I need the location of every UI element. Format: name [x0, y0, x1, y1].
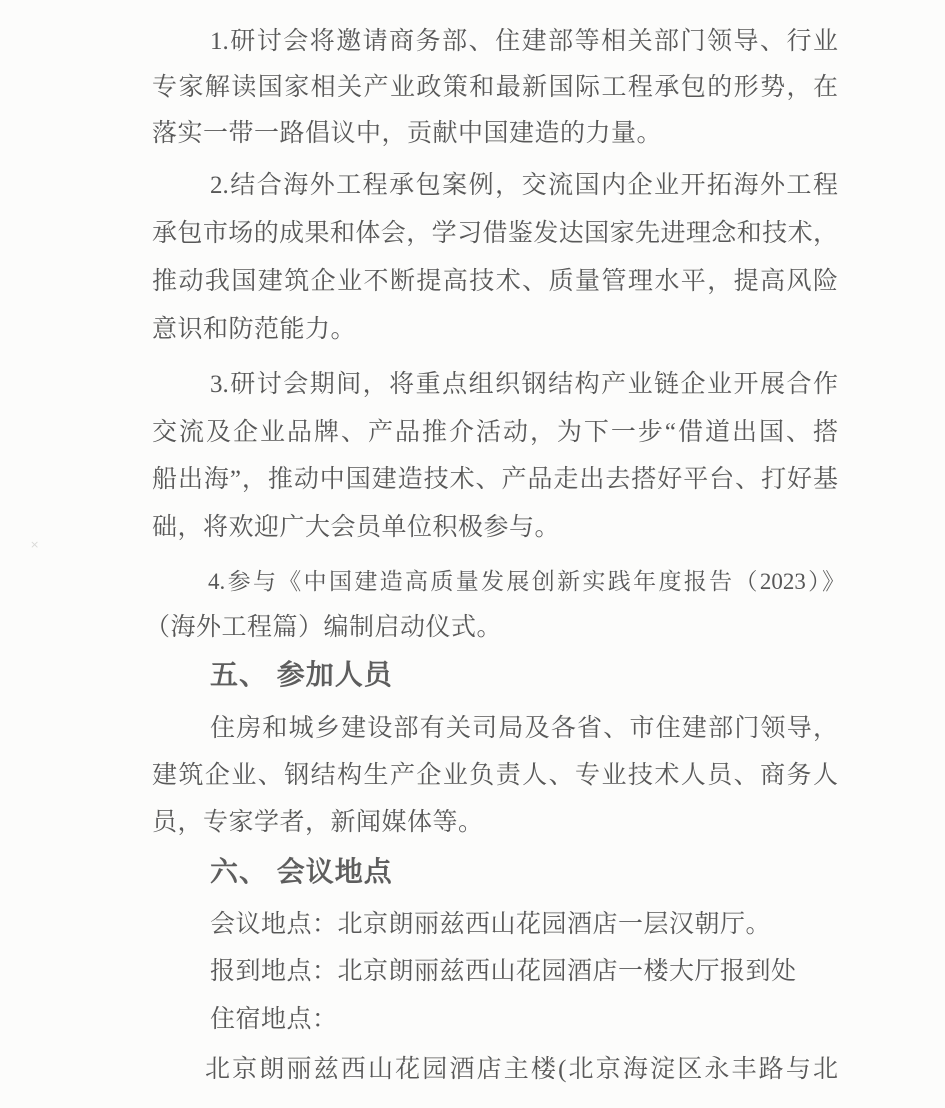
- doc-line: 落实一带一路倡议中，贡献中国建造的力量。: [152, 118, 662, 150]
- doc-line: 报到地点：北京朗丽兹西山花园酒店一楼大厅报到处: [210, 956, 797, 988]
- doc-line: 1.研讨会将邀请商务部、住建部等相关部门领导、行业: [210, 26, 838, 58]
- doc-line: 2.结合海外工程承包案例，交流国内企业开拓海外工程: [210, 170, 838, 202]
- scan-artifact-speck: ×: [30, 540, 42, 549]
- section-heading-venue: 六、 会议地点: [210, 856, 393, 888]
- doc-line: 船出海”，推动中国建造技术、产品走出去搭好平台、打好基: [152, 464, 838, 496]
- doc-line: 推动我国建筑企业不断提高技术、质量管理水平，提高风险: [152, 266, 838, 298]
- scanned-document-page: 1.研讨会将邀请商务部、住建部等相关部门领导、行业 专家解读国家相关产业政策和最…: [0, 0, 945, 1108]
- doc-line: 意识和防范能力。: [152, 314, 356, 346]
- doc-line: 4.参与《中国建造高质量发展创新实践年度报告（2023）》: [208, 566, 845, 598]
- doc-line: 住房和城乡建设部有关司局及各省、市住建部门领导，: [210, 713, 838, 745]
- section-heading-participants: 五、 参加人员: [210, 659, 393, 691]
- doc-line: 3.研讨会期间，将重点组织钢结构产业链企业开展合作: [210, 369, 838, 401]
- doc-line: （海外工程篇）编制启动仪式。: [145, 612, 502, 644]
- doc-line: 北京朗丽兹西山花园酒店主楼(北京海淀区永丰路与北: [205, 1054, 838, 1086]
- doc-line: 住宿地点：: [210, 1004, 338, 1036]
- doc-line: 专家解读国家相关产业政策和最新国际工程承包的形势，在: [152, 72, 838, 104]
- doc-line: 会议地点：北京朗丽兹西山花园酒店一层汉朝厅。: [210, 909, 771, 941]
- doc-line: 员，专家学者，新闻媒体等。: [152, 807, 484, 839]
- doc-line: 承包市场的成果和体会，学习借鉴发达国家先进理念和技术，: [152, 218, 838, 250]
- doc-line: 础，将欢迎广大会员单位积极参与。: [152, 512, 560, 544]
- doc-line: 交流及企业品牌、产品推介活动，为下一步“借道出国、搭: [152, 417, 838, 449]
- doc-line: 建筑企业、钢结构生产企业负责人、专业技术人员、商务人: [152, 760, 838, 792]
